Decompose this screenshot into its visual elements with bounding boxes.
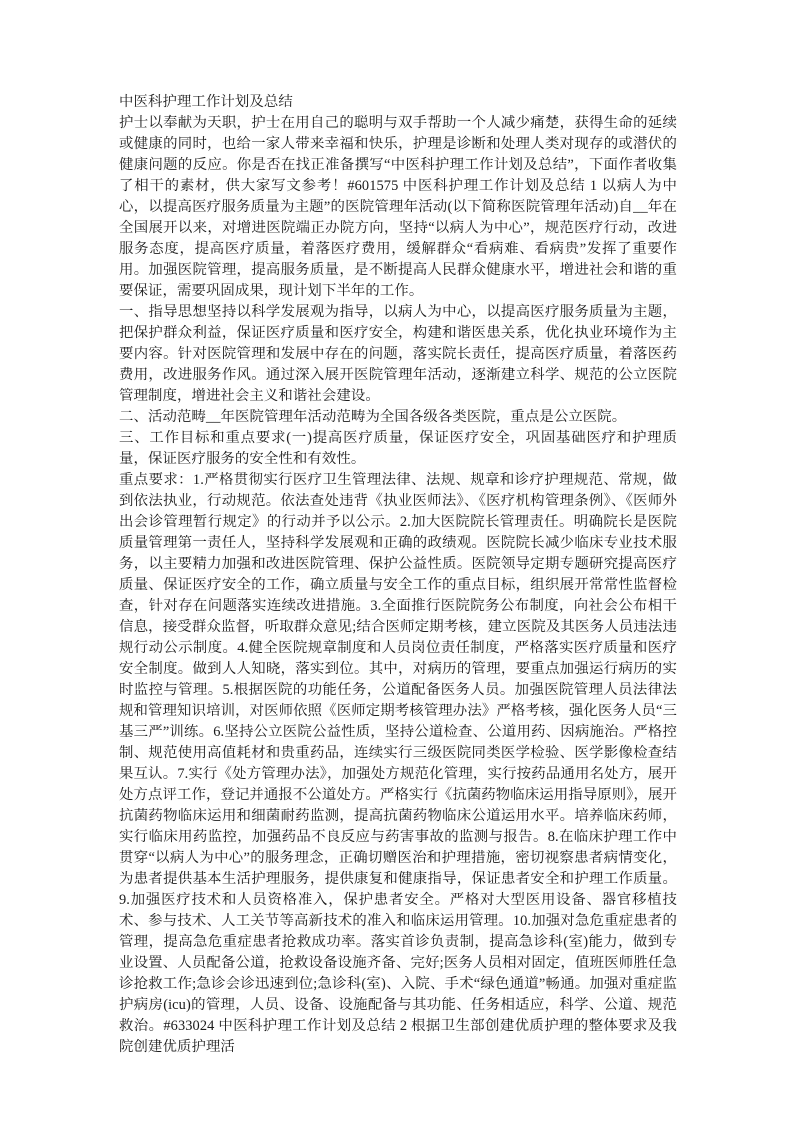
document-page: 中医科护理工作计划及总结 护士以奉献为天职，护士在用自己的聪明与双手帮助一个人减…: [0, 0, 793, 1122]
document-title: 中医科护理工作计划及总结: [119, 92, 677, 113]
paragraph-intro: 护士以奉献为天职，护士在用自己的聪明与双手帮助一个人减少痛楚，获得生命的延续或健…: [119, 113, 677, 302]
paragraph-guiding-ideology: 一、指导思想坚持以科学发展观为指导，以病人为中心，以提高医疗服务质量为主题，把保…: [119, 302, 677, 407]
paragraph-key-requirements: 重点要求：1.严格贯彻实行医疗卫生管理法律、法规、规章和诊疗护理规范、常规，做到…: [119, 470, 677, 1058]
paragraph-work-goals: 三、工作目标和重点要求(一)提高医疗质量，保证医疗安全，巩固基础医疗和护理质量，…: [119, 428, 677, 470]
document-text-block: 中医科护理工作计划及总结 护士以奉献为天职，护士在用自己的聪明与双手帮助一个人减…: [119, 92, 677, 1058]
paragraph-activity-scope: 二、活动范畴__年医院管理年活动范畴为全国各级各类医院，重点是公立医院。: [119, 407, 677, 428]
